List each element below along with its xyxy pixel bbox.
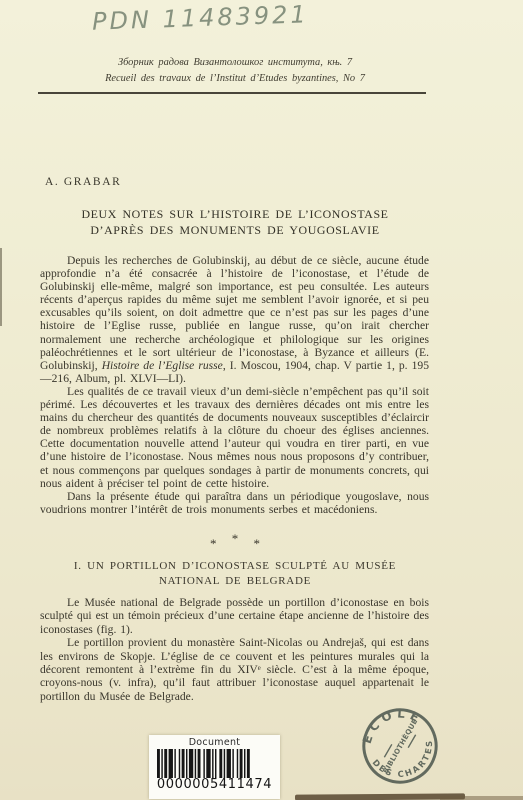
paragraph-3: Dans la présente étude qui paraîtra dans… xyxy=(40,490,429,516)
masthead-serbian-line: Зборник радова Византолошког института, … xyxy=(40,55,430,71)
scanned-document-page: PDN 11483921 Зборник радова Византолошко… xyxy=(0,0,523,800)
author-name: A. GRABAR xyxy=(45,176,121,188)
section-1-heading-line2: NATIONAL DE BELGRADE xyxy=(40,574,430,589)
paragraph-1-text: Depuis les recherches de Golubinskij, au… xyxy=(40,254,429,372)
handwritten-accession-number: PDN 11483921 xyxy=(92,0,310,36)
library-stamp-graphic: ECOLE DES CHARTES BIBLIOTHÈQUE xyxy=(343,689,458,800)
article-title: DEUX NOTES SUR L’HISTOIRE DE L’ICONOSTAS… xyxy=(40,206,430,238)
asterisk-middle: * xyxy=(232,531,239,547)
asterisk-left: * xyxy=(210,536,217,552)
section-1-heading-line1: I. UN PORTILLON D’ICONOSTASE SCULPTÉ AU … xyxy=(40,559,430,574)
paragraph-1: Depuis les recherches de Golubinskij, au… xyxy=(40,254,429,385)
scan-edge-artifact-left xyxy=(0,248,2,326)
library-stamp: ECOLE DES CHARTES BIBLIOTHÈQUE xyxy=(356,702,444,790)
section-1-paragraph-2: Le portillon provient du monastère Saint… xyxy=(40,636,429,703)
barcode-number: 0000005411474 xyxy=(149,777,280,792)
barcode-caption: Document xyxy=(149,737,280,748)
paragraph-2: Les qualités de ce travail vieux d’un de… xyxy=(40,385,429,490)
section-1-heading: I. UN PORTILLON D’ICONOSTASE SCULPTÉ AU … xyxy=(40,559,430,588)
asterisk-separator: * * * xyxy=(40,536,430,552)
barcode-bars xyxy=(156,749,274,778)
asterisk-right: * xyxy=(254,536,261,552)
scan-edge-artifact-corner xyxy=(440,796,523,800)
section-1-paragraph-1: Le Musée national de Belgrade possède un… xyxy=(40,596,429,636)
masthead-divider-rule xyxy=(38,92,426,94)
masthead-french-line: Recueil des travaux de l’Institut d’Etud… xyxy=(40,71,430,87)
journal-masthead: Зборник радова Византолошког института, … xyxy=(40,55,430,87)
section-1-text-block: Le Musée national de Belgrade possède un… xyxy=(40,596,429,703)
intro-text-block: Depuis les recherches de Golubinskij, au… xyxy=(40,254,429,516)
barcode-label: Document 0000005411474 xyxy=(149,735,280,799)
paragraph-1-book-title: Histoire de l’Eglise russe xyxy=(102,359,223,372)
article-title-line2: D’APRÈS DES MONUMENTS DE YOUGOSLAVIE xyxy=(40,222,430,238)
article-title-line1: DEUX NOTES SUR L’HISTOIRE DE L’ICONOSTAS… xyxy=(40,206,430,222)
